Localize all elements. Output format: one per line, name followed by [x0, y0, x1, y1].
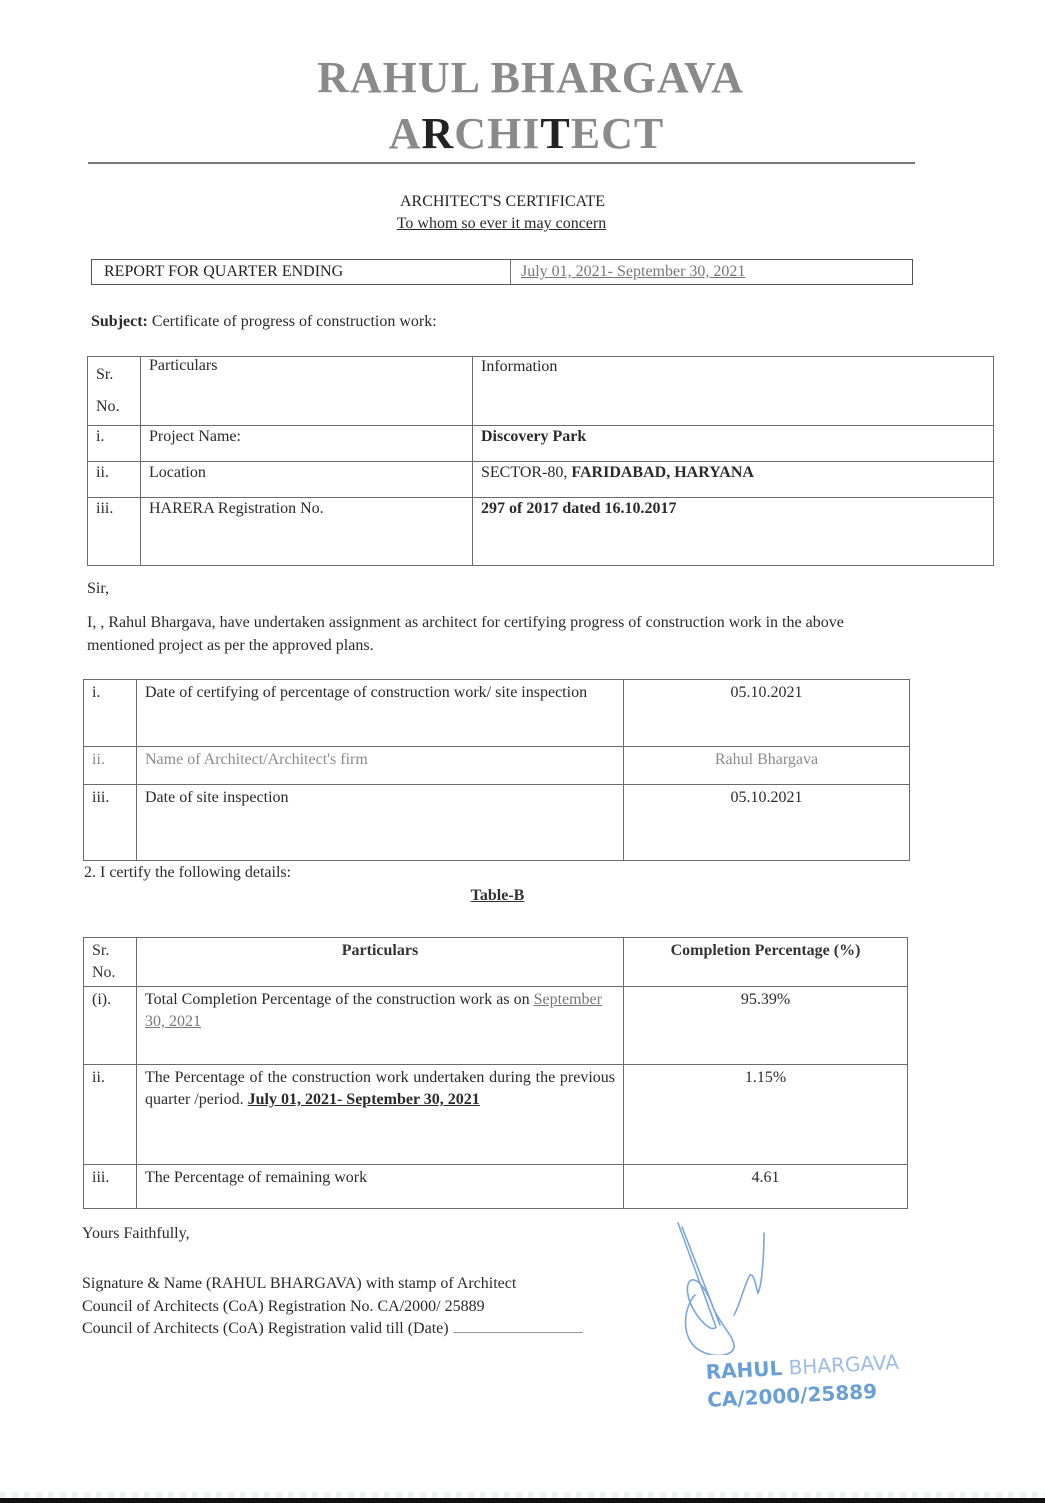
particular-cell: The Percentage of remaining work — [137, 1165, 624, 1209]
location-value: SECTOR-80, FARIDABAD, HARYANA — [473, 462, 994, 498]
signature-icon — [670, 1215, 790, 1355]
report-quarter-box: REPORT FOR QUARTER ENDING July 01, 2021-… — [91, 259, 913, 285]
sr-cell: iii. — [84, 1165, 137, 1209]
table-row: (i). Total Completion Percentage of the … — [84, 987, 908, 1065]
sr-cell: ii. — [84, 747, 137, 785]
particular-cell: Date of certifying of percentage of cons… — [137, 680, 624, 747]
completion-table: Sr.No. Particulars Completion Percentage… — [83, 937, 908, 1209]
architect-name: Rahul Bhargava — [624, 747, 910, 785]
report-quarter-label: REPORT FOR QUARTER ENDING — [92, 260, 510, 284]
header-particulars: Particulars — [137, 938, 624, 987]
header-completion: Completion Percentage (%) — [624, 938, 908, 987]
subject-line: Subject: Certificate of progress of cons… — [91, 313, 437, 331]
validity-date-blank — [453, 1318, 583, 1333]
certificate-subtitle: To whom so ever it may concern — [0, 215, 1003, 233]
scan-edge-bar — [0, 1498, 1045, 1503]
coa-validity-line: Council of Architects (CoA) Registration… — [82, 1318, 583, 1341]
report-quarter-period: July 01, 2021- September 30, 2021 — [510, 260, 745, 284]
sr-cell: iii. — [88, 498, 141, 566]
signature-details: Signature & Name (RAHUL BHARGAVA) with s… — [82, 1273, 583, 1341]
registration-value: 297 of 2017 dated 16.10.2017 — [473, 498, 994, 566]
table-row: iii. HARERA Registration No. 297 of 2017… — [88, 498, 994, 566]
certification-date: 05.10.2021 — [624, 680, 910, 747]
header-particulars: Particulars — [141, 357, 473, 426]
table-row: ii. The Percentage of the construction w… — [84, 1065, 908, 1165]
sr-cell: iii. — [84, 785, 137, 861]
total-completion-value: 95.39% — [624, 987, 908, 1065]
remaining-work-value: 4.61 — [624, 1165, 908, 1209]
sr-cell: i. — [88, 426, 141, 462]
table-row: iii. Date of site inspection 05.10.2021 — [84, 785, 910, 861]
closing-line: Yours Faithfully, — [82, 1225, 190, 1243]
letterhead-divider — [88, 162, 915, 164]
inspection-table: i. Date of certifying of percentage of c… — [83, 679, 910, 861]
table-row: i. Date of certifying of percentage of c… — [84, 680, 910, 747]
project-details-table: Sr.No. Particulars Information i. Projec… — [87, 356, 994, 566]
table-b-title: Table-B — [0, 887, 995, 905]
particular-cell: Project Name: — [141, 426, 473, 462]
architect-stamp: RAHUL BHARGAVA CA/2000/25889 — [705, 1348, 901, 1414]
certify-statement: 2. I certify the following details: — [84, 864, 291, 882]
sr-cell: ii. — [84, 1065, 137, 1165]
particular-cell: Date of site inspection — [137, 785, 624, 861]
particular-cell: Location — [141, 462, 473, 498]
table-row: i. Project Name: Discovery Park — [88, 426, 994, 462]
table-row: ii. Name of Architect/Architect's firm R… — [84, 747, 910, 785]
sr-cell: (i). — [84, 987, 137, 1065]
header-information: Information — [473, 357, 994, 426]
intro-paragraph: I, , Rahul Bhargava, have undertaken ass… — [87, 611, 913, 657]
table-header-row: Sr.No. Particulars Information — [88, 357, 994, 426]
table-header-row: Sr.No. Particulars Completion Percentage… — [84, 938, 908, 987]
header-sr-no: Sr.No. — [84, 938, 137, 987]
project-name-value: Discovery Park — [473, 426, 994, 462]
sr-cell: i. — [84, 680, 137, 747]
letterhead-name: RAHUL BHARGAVA — [8, 52, 1045, 103]
particular-cell: Total Completion Percentage of the const… — [137, 987, 624, 1065]
particular-cell: The Percentage of the construction work … — [137, 1065, 624, 1165]
particular-cell: HARERA Registration No. — [141, 498, 473, 566]
site-inspection-date: 05.10.2021 — [624, 785, 910, 861]
coa-registration-line: Council of Architects (CoA) Registration… — [82, 1296, 583, 1319]
signature-name-line: Signature & Name (RAHUL BHARGAVA) with s… — [82, 1273, 583, 1296]
salutation: Sir, — [87, 580, 109, 598]
quarter-completion-value: 1.15% — [624, 1065, 908, 1165]
particular-cell: Name of Architect/Architect's firm — [137, 747, 624, 785]
certificate-title: ARCHITECT'S CERTIFICATE — [0, 193, 1005, 211]
table-row: iii. The Percentage of remaining work 4.… — [84, 1165, 908, 1209]
sr-cell: ii. — [88, 462, 141, 498]
table-row: ii. Location SECTOR-80, FARIDABAD, HARYA… — [88, 462, 994, 498]
letterhead-profession: ARCHITECT — [4, 108, 1045, 159]
header-sr-no: Sr.No. — [88, 357, 141, 426]
